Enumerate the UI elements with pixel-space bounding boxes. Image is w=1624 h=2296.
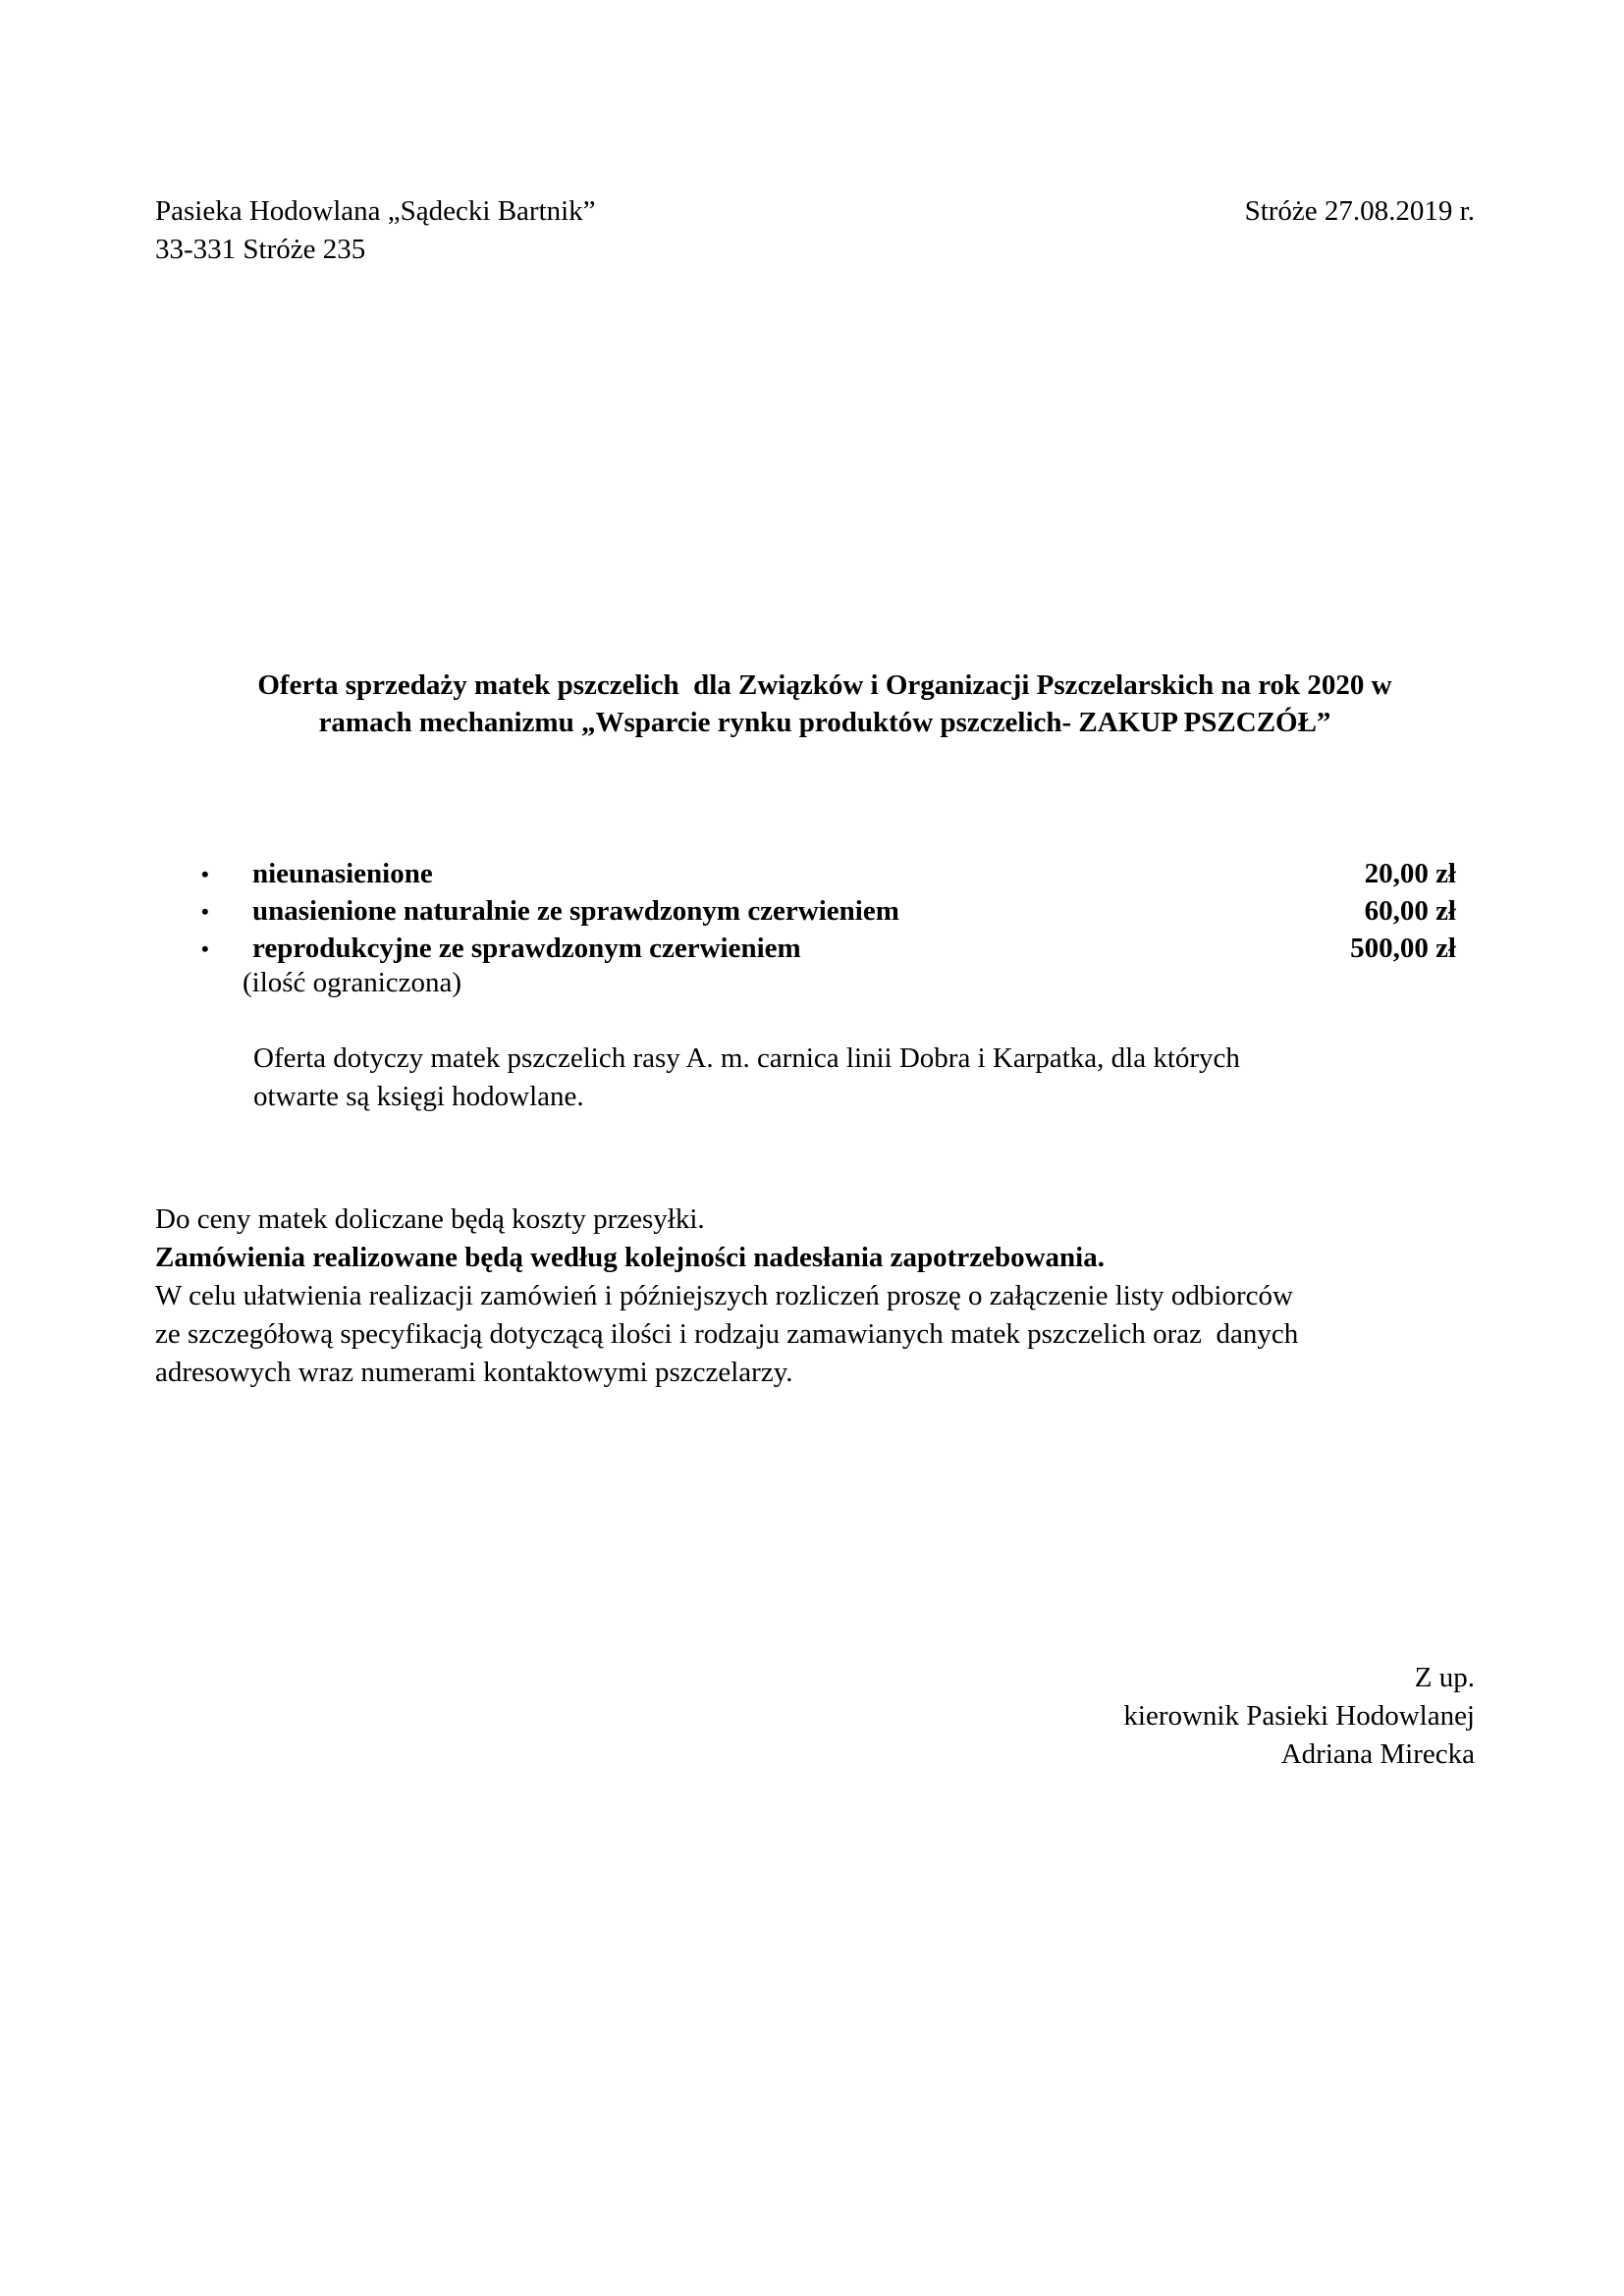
- offer-item-price: 20,00 zł: [1365, 855, 1456, 892]
- breed-info: Oferta dotyczy matek pszczelich rasy A. …: [253, 1040, 1240, 1116]
- offer-item: • unasienione naturalnie ze sprawdzonym …: [201, 892, 1456, 930]
- breed-info-line-1: Oferta dotyczy matek pszczelich rasy A. …: [253, 1040, 1240, 1078]
- offer-item-label: reprodukcyjne ze sprawdzonym czerwieniem: [252, 930, 801, 967]
- sender-postal-address: 33-331 Stróże 235: [155, 231, 596, 269]
- document-title: Oferta sprzedaży matek pszczelich dla Zw…: [147, 667, 1502, 741]
- breed-info-line-2: otwarte są księgi hodowlane.: [253, 1078, 1240, 1116]
- signature-role: kierownik Pasieki Hodowlanej: [1123, 1697, 1475, 1735]
- title-line-1: Oferta sprzedaży matek pszczelich dla Zw…: [147, 667, 1502, 704]
- sender-name: Pasieka Hodowlana „Sądecki Bartnik”: [155, 192, 596, 231]
- limited-quantity-note: (ilość ograniczona): [243, 964, 461, 1002]
- request-line-3: adresowych wraz numerami kontaktowymi ps…: [155, 1354, 1298, 1392]
- offer-item-label: nieunasienione: [252, 855, 433, 892]
- body-text: Do ceny matek doliczane będą koszty prze…: [155, 1201, 1298, 1392]
- bullet-icon: •: [201, 930, 209, 969]
- request-line-1: W celu ułatwienia realizacji zamówień i …: [155, 1277, 1298, 1315]
- bullet-icon: •: [201, 892, 209, 932]
- place-and-date: Stróże 27.08.2019 r.: [1245, 192, 1475, 231]
- shipping-note: Do ceny matek doliczane będą koszty prze…: [155, 1201, 1298, 1239]
- offer-item: • reprodukcyjne ze sprawdzonym czerwieni…: [201, 930, 1456, 967]
- signature-block: Z up. kierownik Pasieki Hodowlanej Adria…: [1123, 1659, 1475, 1774]
- offer-item-label: unasienione naturalnie ze sprawdzonym cz…: [252, 892, 899, 930]
- bullet-icon: •: [201, 855, 209, 894]
- request-line-2: ze szczegółową specyfikacją dotyczącą il…: [155, 1315, 1298, 1354]
- sender-address: Pasieka Hodowlana „Sądecki Bartnik” 33-3…: [155, 192, 596, 269]
- order-rule: Zamówienia realizowane będą według kolej…: [155, 1239, 1298, 1277]
- offer-item: • nieunasienione 20,00 zł: [201, 855, 1456, 892]
- signature-name: Adriana Mirecka: [1123, 1735, 1475, 1774]
- signature-authorization: Z up.: [1123, 1659, 1475, 1697]
- offer-item-price: 500,00 zł: [1350, 930, 1456, 967]
- title-line-2: ramach mechanizmu „Wsparcie rynku produk…: [147, 704, 1502, 741]
- offer-item-price: 60,00 zł: [1365, 892, 1456, 930]
